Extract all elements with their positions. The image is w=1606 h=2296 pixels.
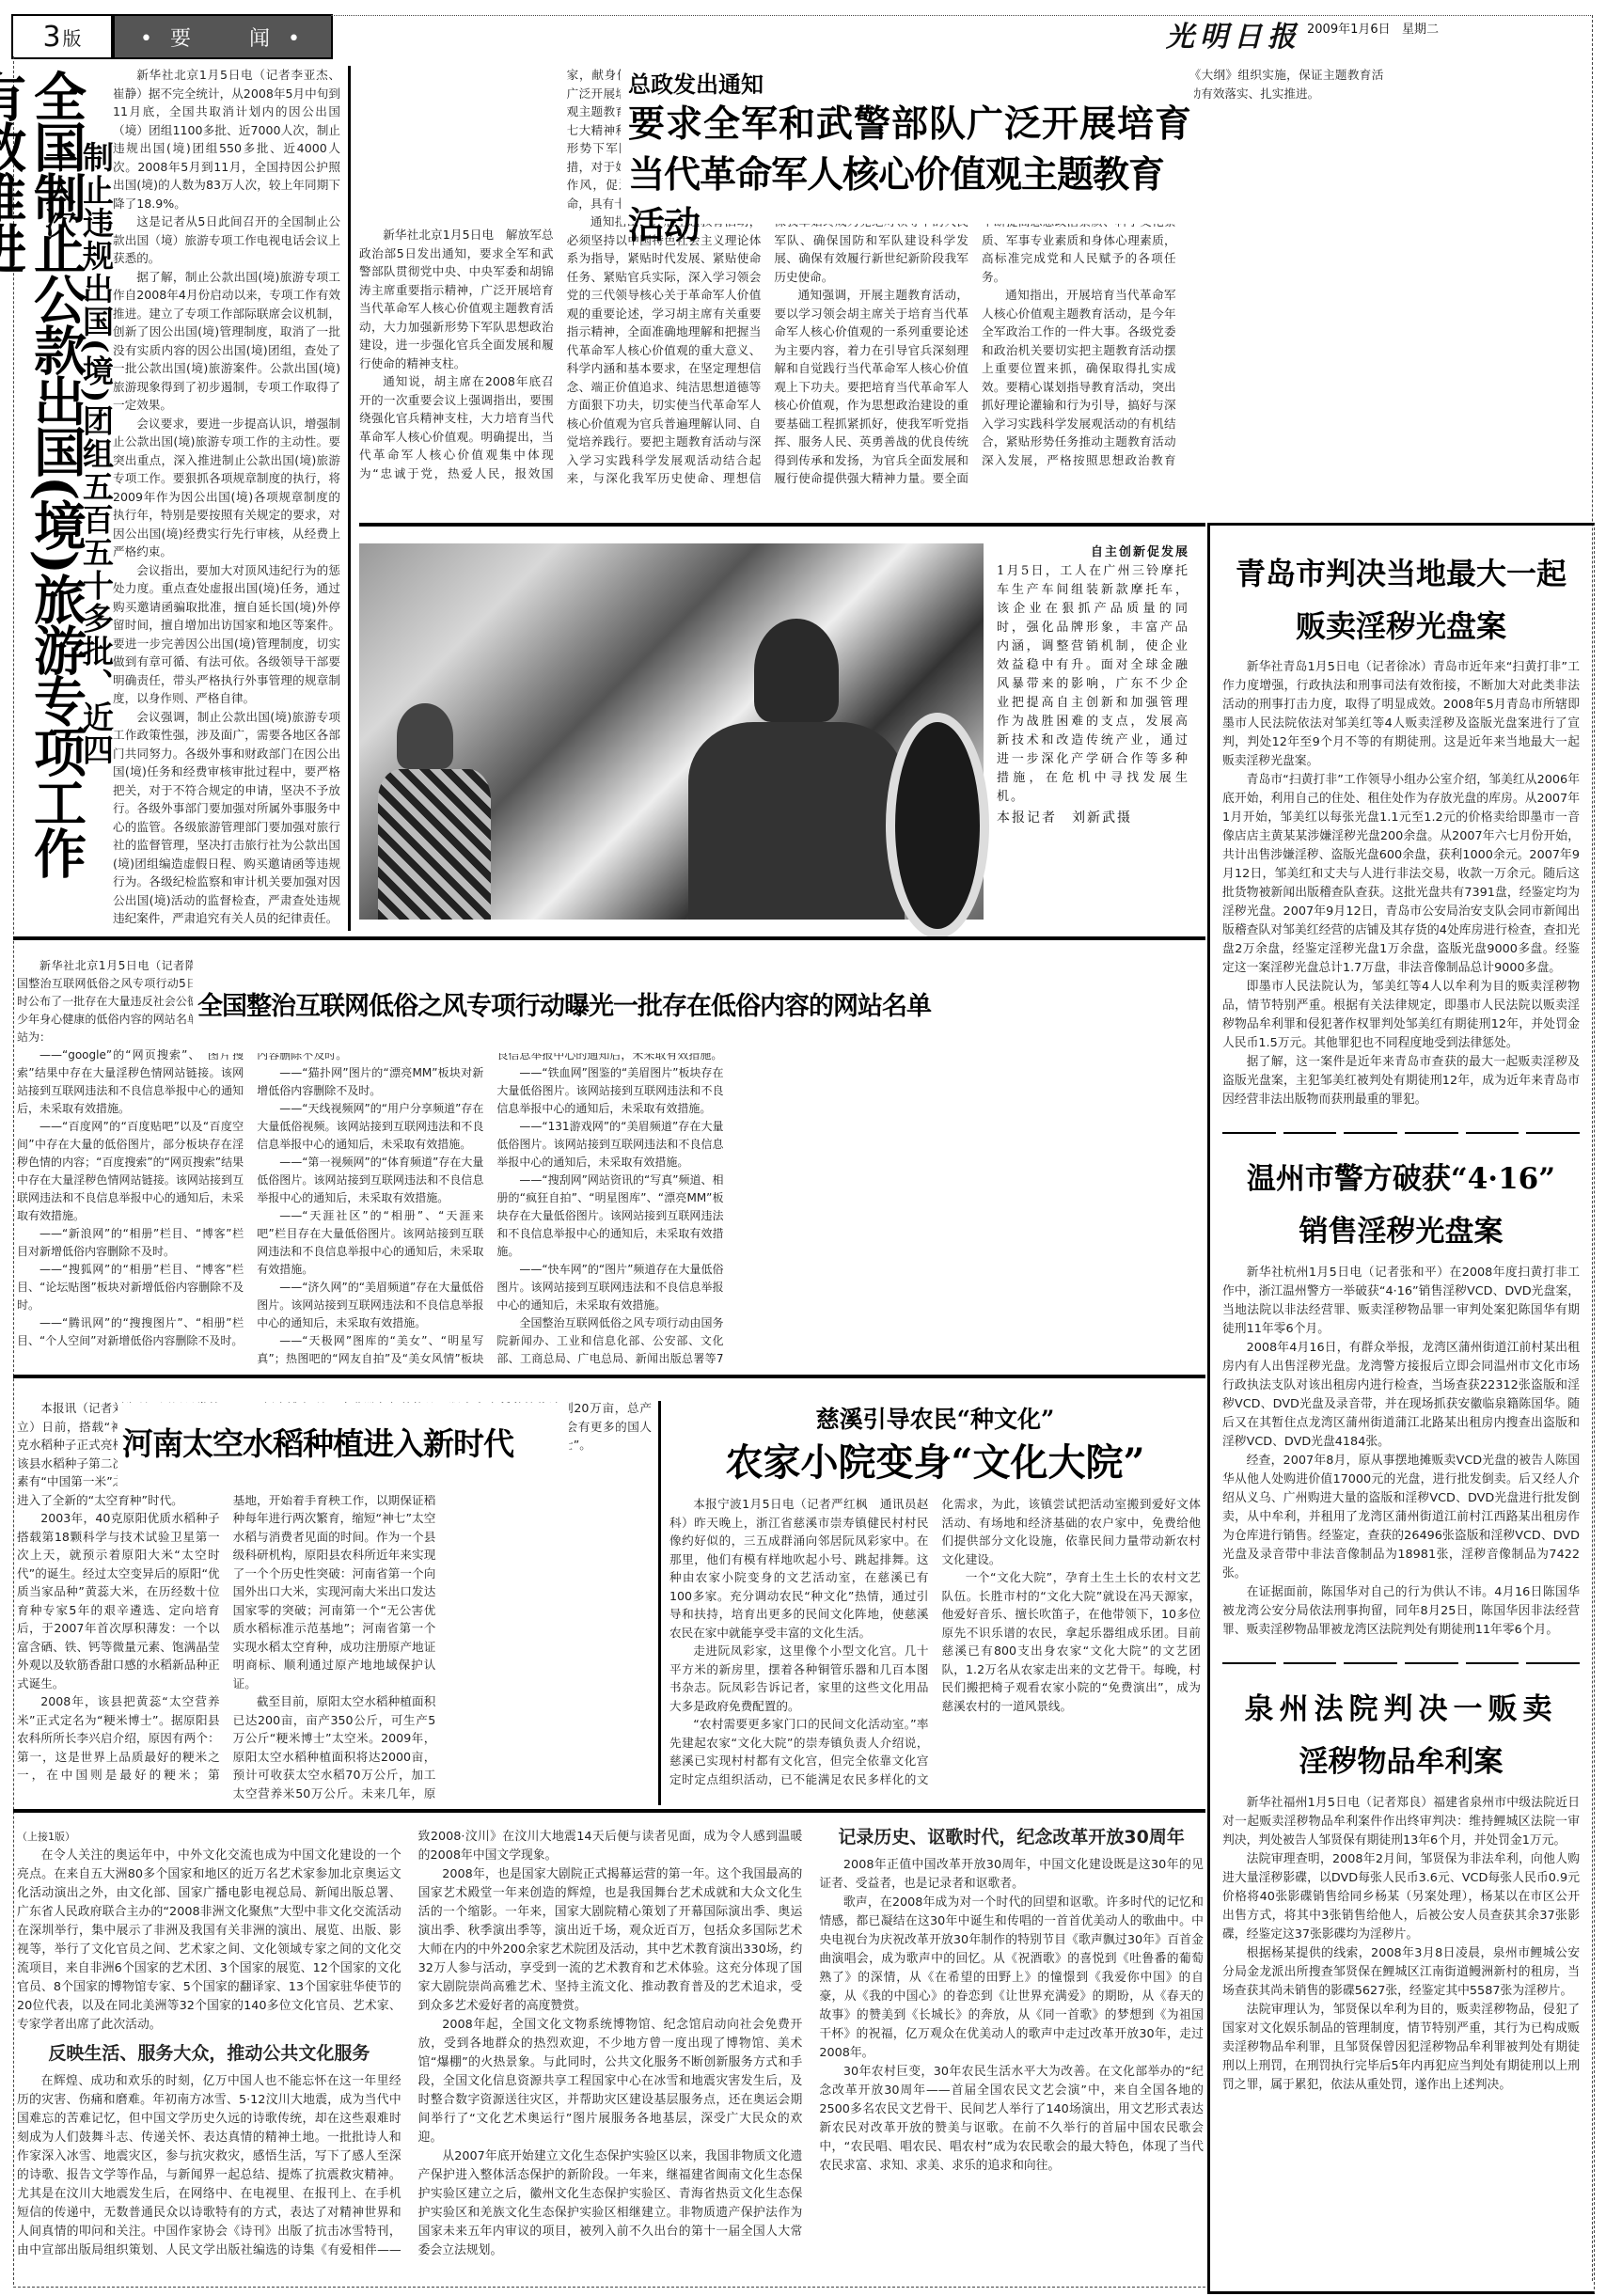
list-item: ——“天线视频网”的“用户分享频道”存在大量低俗视频。该网站接到互联网违法和不良…: [257, 1100, 483, 1154]
paragraph: 2008年起，全国文化文物系统博物馆、纪念馆启动向社会免费开放，受到各地群众的热…: [418, 2016, 803, 2147]
paragraph: 从2007年底开始建立文化生态保护实验区以来，我国非物质文化遗产保护进入整体活态…: [418, 2147, 803, 2260]
paragraph: 中央纪委副书记、监察部部长、国家预防腐败局局长马馼出席会议并讲话。: [113, 928, 340, 932]
issue-date: 2009年1月6日: [1307, 23, 1391, 37]
section-rule: [13, 1375, 1205, 1378]
paragraph: 2008年正值中国改革开放30周年，中国文化建设既是这30年的见证者、受益者，也…: [819, 1856, 1204, 1894]
list-item: ——“搜刮网”网站资讯的“写真”频道、相册的“疯狂自拍”、“明星图库”、“漂亮M…: [496, 1172, 723, 1261]
paragraph: 走进阮凤彩家，这里像个小型文化宫。几十平方米的新房里，摆着各种铜管乐器和几百本图…: [669, 1642, 929, 1715]
paragraph: 一个“文化大院”，孕育土生土长的农村文艺队伍。长胜市村的“文化大院”就设在冯天源…: [942, 1568, 1202, 1715]
qingdao-body: 新华社青岛1月5日电（记者徐冰）青岛市近年来“扫黄打非”工作力度增强，行政执法和…: [1222, 658, 1580, 1109]
column-rule: [658, 1401, 661, 1805]
quanzhou-body: 新华社福州1月5日电（记者郑良）福建省泉州市中级法院近日对一起贩卖淫秽物品牟利案…: [1222, 1794, 1580, 2095]
rice-headline: 河南太空水稻种植进入新时代: [122, 1420, 564, 1464]
list-item: ——“搜狐网”的“相册”栏目、“博客”栏目、“论坛贴图”板块对新增低俗内容删除不…: [17, 1261, 244, 1314]
paragraph: 在令人关注的奥运年中，中外文化交流也成为中国文化建设的一个亮点。在来自五大洲80…: [17, 1847, 401, 2035]
list-item: ——“131游戏网”的“美眉频道”存在大量低俗图片。该网站接到互联网违法和不良信…: [496, 1118, 723, 1172]
section-rule: [13, 1809, 1205, 1813]
internet-headline: 全国整治互联网低俗之风专项行动曝光一批存在低俗内容的网站名单: [197, 985, 1025, 1022]
qingdao-headline: 青岛市判决当地最大一起贩卖淫秽光盘案: [1222, 547, 1580, 653]
paragraph: 新华社北京1月5日电（记者李亚杰、崔静）据不完全统计，从2008年5月中旬到11…: [113, 66, 340, 212]
continued-note: （上接1版）: [17, 1828, 401, 1847]
bottom-dashed-rule: [13, 2287, 1205, 2288]
paragraph: 会议指出，要加大对顶风违纪行为的惩处力度。重点查处虚报出国(境)任务，通过购买邀…: [113, 561, 340, 708]
wenzhou-headline-line2: 销售淫秽光盘案: [1222, 1205, 1580, 1258]
worker-body: [688, 722, 905, 920]
list-item: ——“快车网”的“图片”频道存在大量低俗图片。该网站接到互联网违法和不良信息举报…: [496, 1261, 723, 1314]
paragraph: 经查，2007年8月，原从事摆地摊贩卖VCD光盘的被告人陈国华从他人处购进价值1…: [1222, 1452, 1580, 1583]
issue-weekday: 星期二: [1402, 23, 1439, 37]
list-item: ——“google”的“网页搜索”、“图片搜索”结果中存在大量淫秽色情网站链接。…: [17, 1046, 244, 1118]
cixi-headline-block: 慈溪引导农民“种文化” 农家小院变身“文化大院”: [669, 1401, 1201, 1487]
quanzhou-headline-line1: 泉州法院判决一贩卖: [1222, 1683, 1580, 1736]
list-item: ——“腾讯网”的“搜搜图片”、“相册”栏目、“个人空间”对新增低俗内容删除不及时…: [17, 1314, 244, 1350]
paragraph: 新华社北京1月5日电 解放军总政治部5日发出通知，要求全军和武警部队贯彻党中央、…: [359, 226, 554, 372]
paragraph: 歌声，在2008年成为对一个时代的回望和讴歌。许多时代的记忆和情感，都已凝结在这…: [819, 1894, 1204, 2063]
list-item: ——“新浪网”的“相册”栏目、“博客”栏目对新增低俗内容删除不及时。: [17, 1225, 244, 1261]
paragraph: 法院审理认为，邹贤保以牟利为目的，贩卖淫秽物品，侵犯了国家对文化娱乐制品的管理制…: [1222, 2001, 1580, 2095]
paragraph: 新华社福州1月5日电（记者郑良）福建省泉州市中级法院近日对一起贩卖淫秽物品牟利案…: [1222, 1794, 1580, 1850]
paragraph: 青岛市“扫黄打非”工作领导小组办公室介绍，邹美红从2006年底开始，利用自己的住…: [1222, 771, 1580, 978]
section-label: • 要 闻 •: [113, 14, 333, 59]
newspaper-logo: 光明日报: [1166, 13, 1301, 55]
photo-credit: 本报记者 刘新武摄: [997, 809, 1189, 827]
paragraph: 会议强调，制止公款出国(境)旅游专项工作政策性强，涉及面广，需要各地区各部门共同…: [113, 708, 340, 928]
culture-subhead-2: 记录历史、讴歌时代，纪念改革开放30周年: [819, 1828, 1204, 1847]
list-item: ——“铁血网”图鉴的“美眉图片”板块存在大量低俗图片。该网站接到互联网违法和不良…: [496, 1064, 723, 1118]
left-margin-rule: [13, 56, 14, 2285]
story-separator: [1222, 1132, 1580, 1134]
photo-caption: 自主创新促发展 1月5日，工人在广州三铃摩托车生产车间组装新款摩托车，该企业在狠…: [997, 543, 1189, 827]
overseas-body: 新华社北京1月5日电（记者李亚杰、崔静）据不完全统计，从2008年5月中旬到11…: [113, 66, 340, 931]
culture-body: （上接1版） 在令人关注的奥运年中，中外文化交流也成为中国文化建设的一个亮点。在…: [17, 1828, 1204, 2284]
paragraph: 2008年4月16日，有群众举报，龙湾区蒲州街道江前村某出租房内有人出售淫秽光盘…: [1222, 1339, 1580, 1452]
paragraph: 本报宁波1月5日电（记者严红枫 通讯员赵科）昨天晚上，浙江省慈溪市崇寿镇健民村村…: [669, 1495, 929, 1642]
paragraph: 2008年，也是国家大剧院正式揭幕运营的第一年。这个我国最高的国家艺术殿堂一年来…: [418, 1865, 803, 2016]
paragraph: 法院审理查明，2008年2月间，邹贤保为非法牟利，向他人购进大量淫秽影碟，以DV…: [1222, 1850, 1580, 1944]
cixi-body: 本报宁波1月5日电（记者严红枫 通讯员赵科）昨天晚上，浙江省慈溪市崇寿镇健民村村…: [669, 1495, 1201, 1805]
worker2-body: [378, 769, 491, 920]
paragraph: 会议要求，要进一步提高认识，增强制止公款出国(境)旅游专项工作的主动性。要突出重…: [113, 415, 340, 561]
column-rule: [348, 66, 351, 931]
military-title-line2: 当代革命军人核心价值观主题教育活动: [628, 149, 1192, 251]
list-item: ——“第一视频网”的“体育频道”存在大量低俗图片。该网站接到互联网违法和不良信息…: [257, 1154, 483, 1207]
list-item: ——“百度网”的“百度贴吧”以及“百度空间”中存在大量的低俗图片，部分板块存在淫…: [17, 1118, 244, 1225]
paragraph: 30年农村巨变，30年农民生活水平大为改善。在文化部举办的“纪念改革开放30周年…: [819, 2063, 1204, 2176]
paragraph: 在证据面前，陈国华对自己的行为供认不讳。4月16日陈国华被龙湾公安分局依法刑事拘…: [1222, 1583, 1580, 1640]
paragraph: 2003年，40克原阳优质水稻种子搭载第18颗科学与技术试验卫星第一次上天，就预…: [17, 1509, 220, 1692]
page-number-badge: 3版: [11, 14, 113, 59]
page-number: 3: [42, 21, 60, 54]
paragraph: 根据杨某提供的线索，2008年3月8日凌晨，泉州市鲤城公安分局金龙派出所搜查邹贤…: [1222, 1944, 1580, 2001]
list-item: ——“天涯社区”的“相册”、“天涯来吧”栏目存在大量低俗图片。该网站接到互联网违…: [257, 1207, 483, 1279]
worker2-head: [397, 703, 453, 769]
wenzhou-headline-line1: 温州市警方破获“4·16”: [1222, 1153, 1580, 1205]
caption-title: 自主创新促发展: [997, 543, 1189, 562]
top-dotted-rule: [331, 15, 1593, 16]
worker-head: [754, 619, 839, 722]
factory-photo: [359, 543, 984, 920]
paragraph: 新华社杭州1月5日电（记者张和平）在2008年度扫黄打非工作中，浙江温州警方一举…: [1222, 1264, 1580, 1339]
paragraph: 新华社青岛1月5日电（记者徐冰）青岛市近年来“扫黄打非”工作力度增强，行政执法和…: [1222, 658, 1580, 771]
cixi-title: 农家小院变身“文化大院”: [669, 1439, 1201, 1487]
page-unit: 版: [63, 24, 82, 51]
list-item: ——“济久网”的“美眉频道”存在大量低俗图片。该网站接到互联网违法和不良信息举报…: [257, 1279, 483, 1332]
story-separator: [1222, 1662, 1580, 1664]
paragraph: 这是记者从5日此间召开的全国制止公款出国（境）旅游专项工作电视电话会议上获悉的。: [113, 212, 340, 268]
caption-text: 1月5日，工人在广州三铃摩托车生产车间组装新款摩托车，该企业在狠抓产品质量的同时…: [997, 562, 1189, 807]
motorcycle-wheel: [886, 713, 989, 938]
military-headline-overlay: 总政发出通知 要求全军和武警部队广泛开展培育 当代革命军人核心价值观主题教育活动: [628, 66, 1192, 251]
section-rule: [13, 936, 1205, 940]
military-title-line1: 要求全军和武警部队广泛开展培育: [628, 99, 1192, 149]
military-kicker: 总政发出通知: [628, 66, 1192, 99]
dateline: 2009年1月6日 星期二: [1307, 19, 1439, 37]
wenzhou-body: 新华社杭州1月5日电（记者张和平）在2008年度扫黄打非工作中，浙江温州警方一举…: [1222, 1264, 1580, 1640]
overseas-subheadline: 制止违规出国(境)团组五百五十多批、近四千人次: [77, 141, 115, 799]
section-rule: [359, 523, 1205, 527]
list-item: ——“猫扑网”图片的“漂亮MM”板块对新增低俗内容删除不及时。: [257, 1064, 483, 1100]
paragraph: 即墨市人民法院认为，邹美红等4人以牟利为目的贩卖淫秽物品，情节特别严重。根据有关…: [1222, 978, 1580, 1053]
cixi-kicker: 慈溪引导农民“种文化”: [669, 1401, 1201, 1439]
sidebar-content: 青岛市判决当地最大一起贩卖淫秽光盘案 新华社青岛1月5日电（记者徐冰）青岛市近年…: [1222, 547, 1580, 2095]
paragraph: 据了解，这一案件是近年来青岛市查获的最大一起贩卖淫秽及盗版光盘案，主犯邹美红被判…: [1222, 1053, 1580, 1109]
quanzhou-headline-line2: 淫秽物品牟利案: [1222, 1736, 1580, 1788]
culture-subhead-1: 反映生活、服务大众，推动公共文化服务: [17, 2044, 401, 2063]
paragraph: 据了解，制止公款出国(境)旅游专项工作自2008年4月份启动以来，专项工作有效推…: [113, 268, 340, 415]
